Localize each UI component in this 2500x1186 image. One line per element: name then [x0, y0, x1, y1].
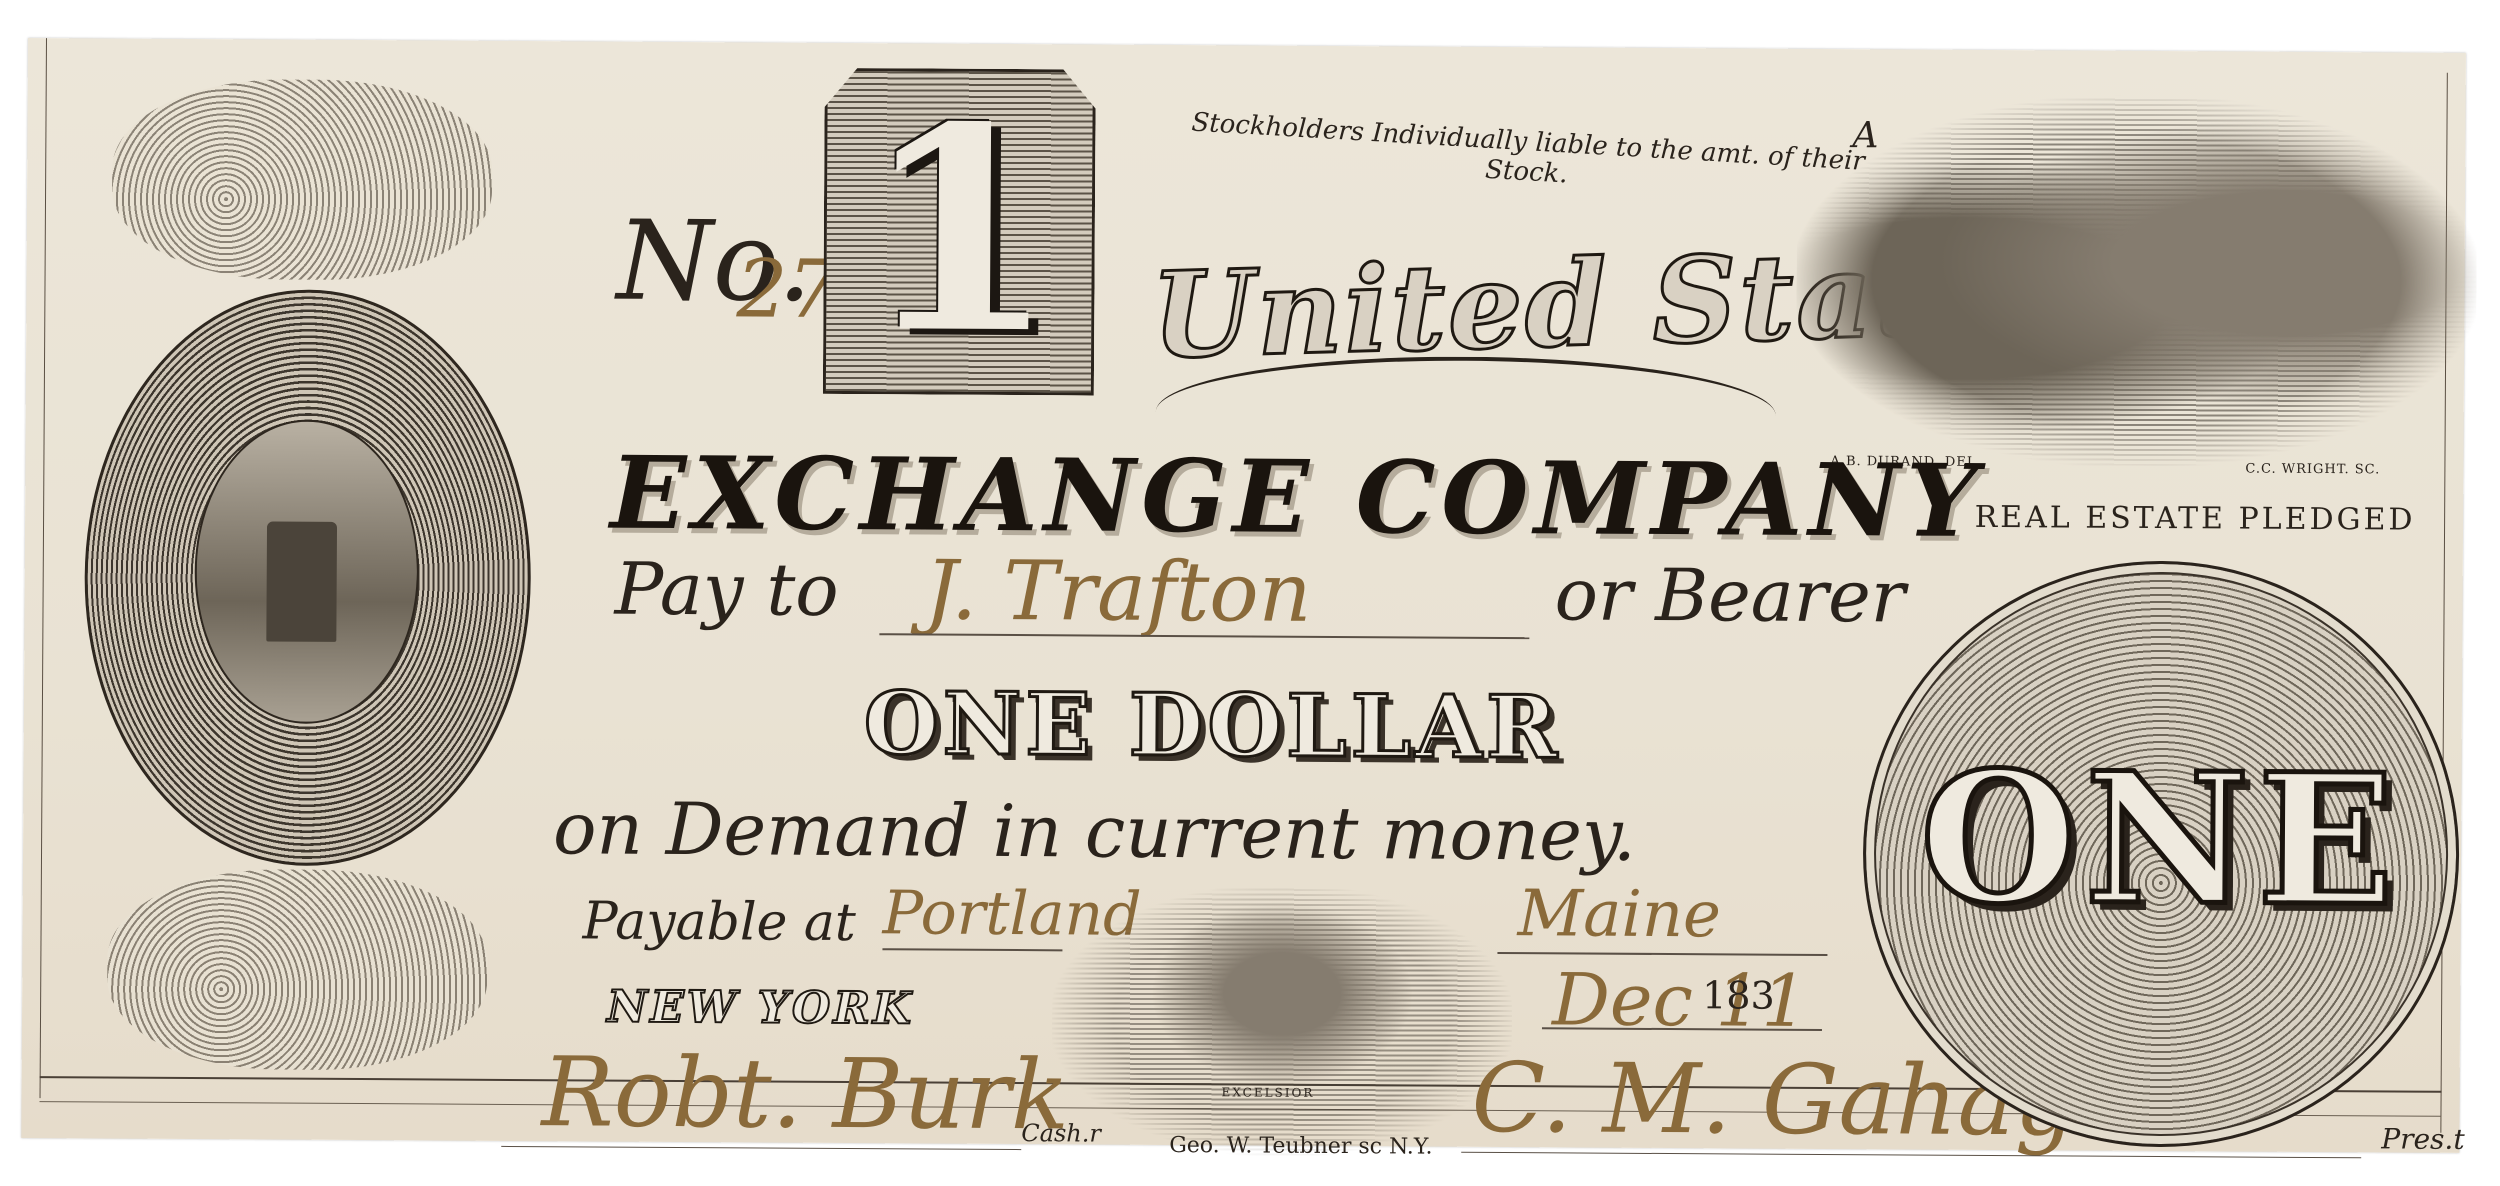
- vignette-motto: EXCELSIOR: [1222, 1085, 1315, 1100]
- amount-text: ONE DOLLAR: [864, 673, 1562, 778]
- border-left: [40, 38, 47, 1098]
- medallion-text: ONE: [1866, 732, 2457, 947]
- bearer-label: or Bearer: [1554, 552, 1905, 638]
- cashier-label: Cash.r: [1021, 1119, 1101, 1147]
- issuer-subtitle: EXCHANGE COMPANY: [610, 434, 1984, 560]
- allegorical-figures-icon: [1051, 884, 1513, 1157]
- city-line: [882, 948, 1062, 951]
- steamboat-oval-icon: [194, 419, 420, 724]
- scroll-top-icon: [112, 79, 493, 281]
- president-label: Pres.t: [2381, 1122, 2465, 1156]
- engraver-credit: Geo. W. Teubner sc N.Y.: [1169, 1133, 1432, 1160]
- banknote: No. 277 1 Stockholders Individually liab…: [21, 38, 2466, 1153]
- scroll-bottom-icon: [107, 869, 488, 1071]
- demand-text: on Demand in current money.: [553, 786, 1636, 877]
- issue-city: NEW YORK: [607, 982, 914, 1035]
- payable-state: Maine: [1517, 877, 1721, 952]
- denomination-panel: 1: [823, 68, 1096, 396]
- payee-name: J. Trafton: [924, 543, 1311, 640]
- state-line: [1497, 952, 1827, 956]
- ship-and-mercury-icon: [1795, 94, 2477, 468]
- denomination-medallion: ONE: [1861, 559, 2461, 1149]
- denomination-numeral: 1: [826, 91, 1093, 373]
- left-ornament: [62, 78, 538, 1081]
- cashier-signature: Robt. Burk: [541, 1036, 1069, 1151]
- engraver-credit-top: C.C. WRIGHT. SC.: [2245, 462, 2380, 478]
- pay-to-label: Pay to: [614, 547, 838, 632]
- stockholder-notice: Stockholders Individually liable to the …: [1146, 105, 1908, 209]
- payable-label: Payable at: [582, 891, 856, 953]
- issue-year: 183: [1702, 973, 1775, 1017]
